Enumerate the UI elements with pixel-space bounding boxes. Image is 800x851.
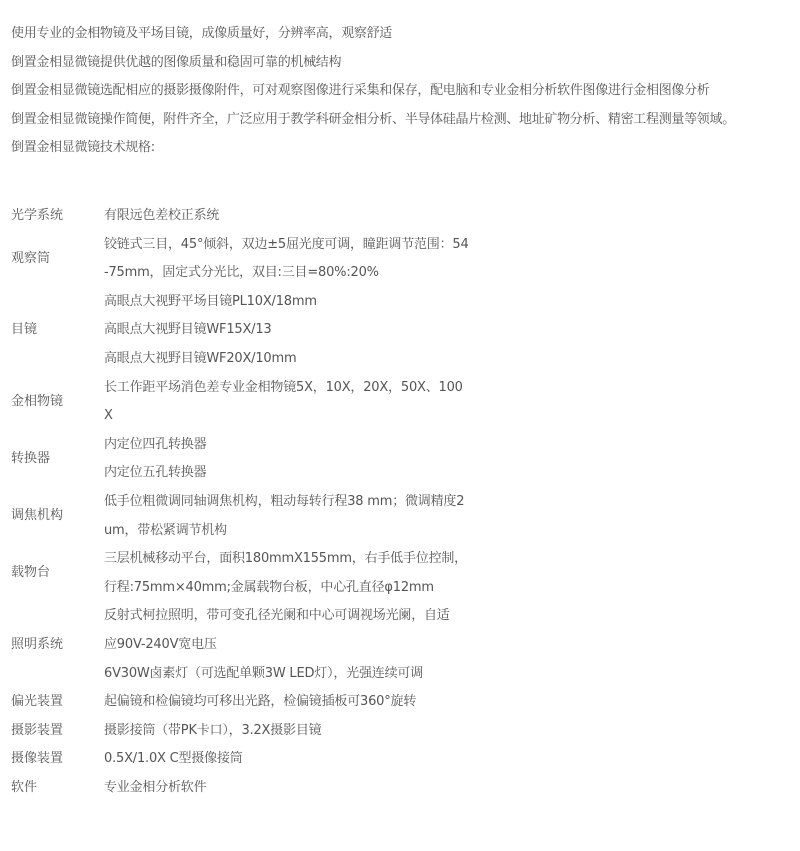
spec-value: 长工作距平场消色差专业金相物镜5X，10X，20X，50X、100 (104, 374, 491, 403)
spec-row-stage: 载物台 三层机械移动平台，面积180mmX155mm，右手低手位控制， 行程:7… (11, 545, 491, 602)
spec-row-software: 软件 专业金相分析软件 (11, 774, 491, 803)
spec-label: 转换器 (11, 445, 104, 474)
spec-value: 6V30W卤素灯（可选配单颗3W LED灯），光强连续可调 (104, 660, 491, 689)
spec-value: 反射式柯拉照明，带可变孔径光阑和中心可调视场光阑，自适 (104, 602, 491, 631)
spec-value: 摄影接筒（带PK卡口），3.2X摄影目镜 (104, 717, 491, 746)
spec-label: 照明系统 (11, 631, 104, 660)
spec-value: 行程:75mm×40mm;金属载物台板，中心孔直径φ12mm (104, 574, 491, 603)
spec-value: X (104, 402, 491, 431)
spec-value: 高眼点大视野平场目镜PL10X/18mm (104, 288, 491, 317)
spec-row-nosepiece: 转换器 内定位四孔转换器 内定位五孔转换器 (11, 431, 491, 488)
spec-label: 观察筒 (11, 245, 104, 274)
spec-row-illumination: 照明系统 反射式柯拉照明，带可变孔径光阑和中心可调视场光阑，自适 应90V-24… (11, 602, 491, 688)
spec-value: 高眼点大视野目镜WF15X/13 (104, 316, 491, 345)
spec-row-optical-system: 光学系统 有限远色差校正系统 (11, 202, 491, 231)
spec-value: 内定位四孔转换器 (104, 431, 491, 460)
spec-row-objective: 金相物镜 长工作距平场消色差专业金相物镜5X，10X，20X，50X、100 X (11, 374, 491, 431)
spec-row-photography: 摄影装置 摄影接筒（带PK卡口），3.2X摄影目镜 (11, 717, 491, 746)
spec-row-polarizer: 偏光装置 起偏镜和检偏镜均可移出光路，检偏镜插板可360°旋转 (11, 688, 491, 717)
spec-label: 目镜 (11, 316, 104, 345)
spec-label: 软件 (11, 774, 104, 803)
spec-row-focusing: 调焦机构 低手位粗微调同轴调焦机构，粗动每转行程38 mm；微调精度2 um，带… (11, 488, 491, 545)
spec-label: 摄影装置 (11, 717, 104, 746)
spec-label: 金相物镜 (11, 388, 104, 417)
spec-label: 摄像装置 (11, 745, 104, 774)
spec-row-camera: 摄像装置 0.5X/1.0X C型摄像接筒 (11, 745, 491, 774)
intro-paragraph: 使用专业的金相物镜及平场目镜，成像质量好，分辨率高，观察舒适 (11, 20, 791, 49)
spec-value: um，带松紧调节机构 (104, 517, 491, 546)
intro-paragraph: 倒置金相显微镜操作简便，附件齐全，广泛应用于教学科研金相分析、半导体硅晶片检测、… (11, 106, 791, 135)
spec-value: 低手位粗微调同轴调焦机构，粗动每转行程38 mm；微调精度2 (104, 488, 491, 517)
spec-heading: 倒置金相显微镜技术规格: (11, 134, 791, 163)
spec-value: 起偏镜和检偏镜均可移出光路，检偏镜插板可360°旋转 (104, 688, 491, 717)
intro-paragraph: 倒置金相显微镜选配相应的摄影摄像附件，可对观察图像进行采集和保存，配电脑和专业金… (11, 77, 791, 106)
intro-paragraph: 倒置金相显微镜提供优越的图像质量和稳固可靠的机械结构 (11, 49, 791, 78)
spec-value: 内定位五孔转换器 (104, 459, 491, 488)
intro-section: 使用专业的金相物镜及平场目镜，成像质量好，分辨率高，观察舒适 倒置金相显微镜提供… (11, 20, 791, 163)
spec-row-eyepiece: 目镜 高眼点大视野平场目镜PL10X/18mm 高眼点大视野目镜WF15X/13… (11, 288, 491, 374)
spec-label: 光学系统 (11, 202, 104, 231)
spec-label: 偏光装置 (11, 688, 104, 717)
spec-value: 有限远色差校正系统 (104, 202, 491, 231)
spec-value: 铰链式三目，45°倾斜，双边±5屈光度可调，瞳距调节范围：54 (104, 231, 491, 260)
spec-row-observation-tube: 观察筒 铰链式三目，45°倾斜，双边±5屈光度可调，瞳距调节范围：54 -75m… (11, 231, 491, 288)
spec-value: 专业金相分析软件 (104, 774, 491, 803)
spec-value: 三层机械移动平台，面积180mmX155mm，右手低手位控制， (104, 545, 491, 574)
spec-value: -75mm，固定式分光比，双目:三目=80%:20% (104, 259, 491, 288)
spec-label: 调焦机构 (11, 502, 104, 531)
spec-table: 光学系统 有限远色差校正系统 观察筒 铰链式三目，45°倾斜，双边±5屈光度可调… (11, 202, 491, 802)
spec-value: 0.5X/1.0X C型摄像接筒 (104, 745, 491, 774)
spec-value: 应90V-240V宽电压 (104, 631, 491, 660)
spec-value: 高眼点大视野目镜WF20X/10mm (104, 345, 491, 374)
spec-label: 载物台 (11, 559, 104, 588)
